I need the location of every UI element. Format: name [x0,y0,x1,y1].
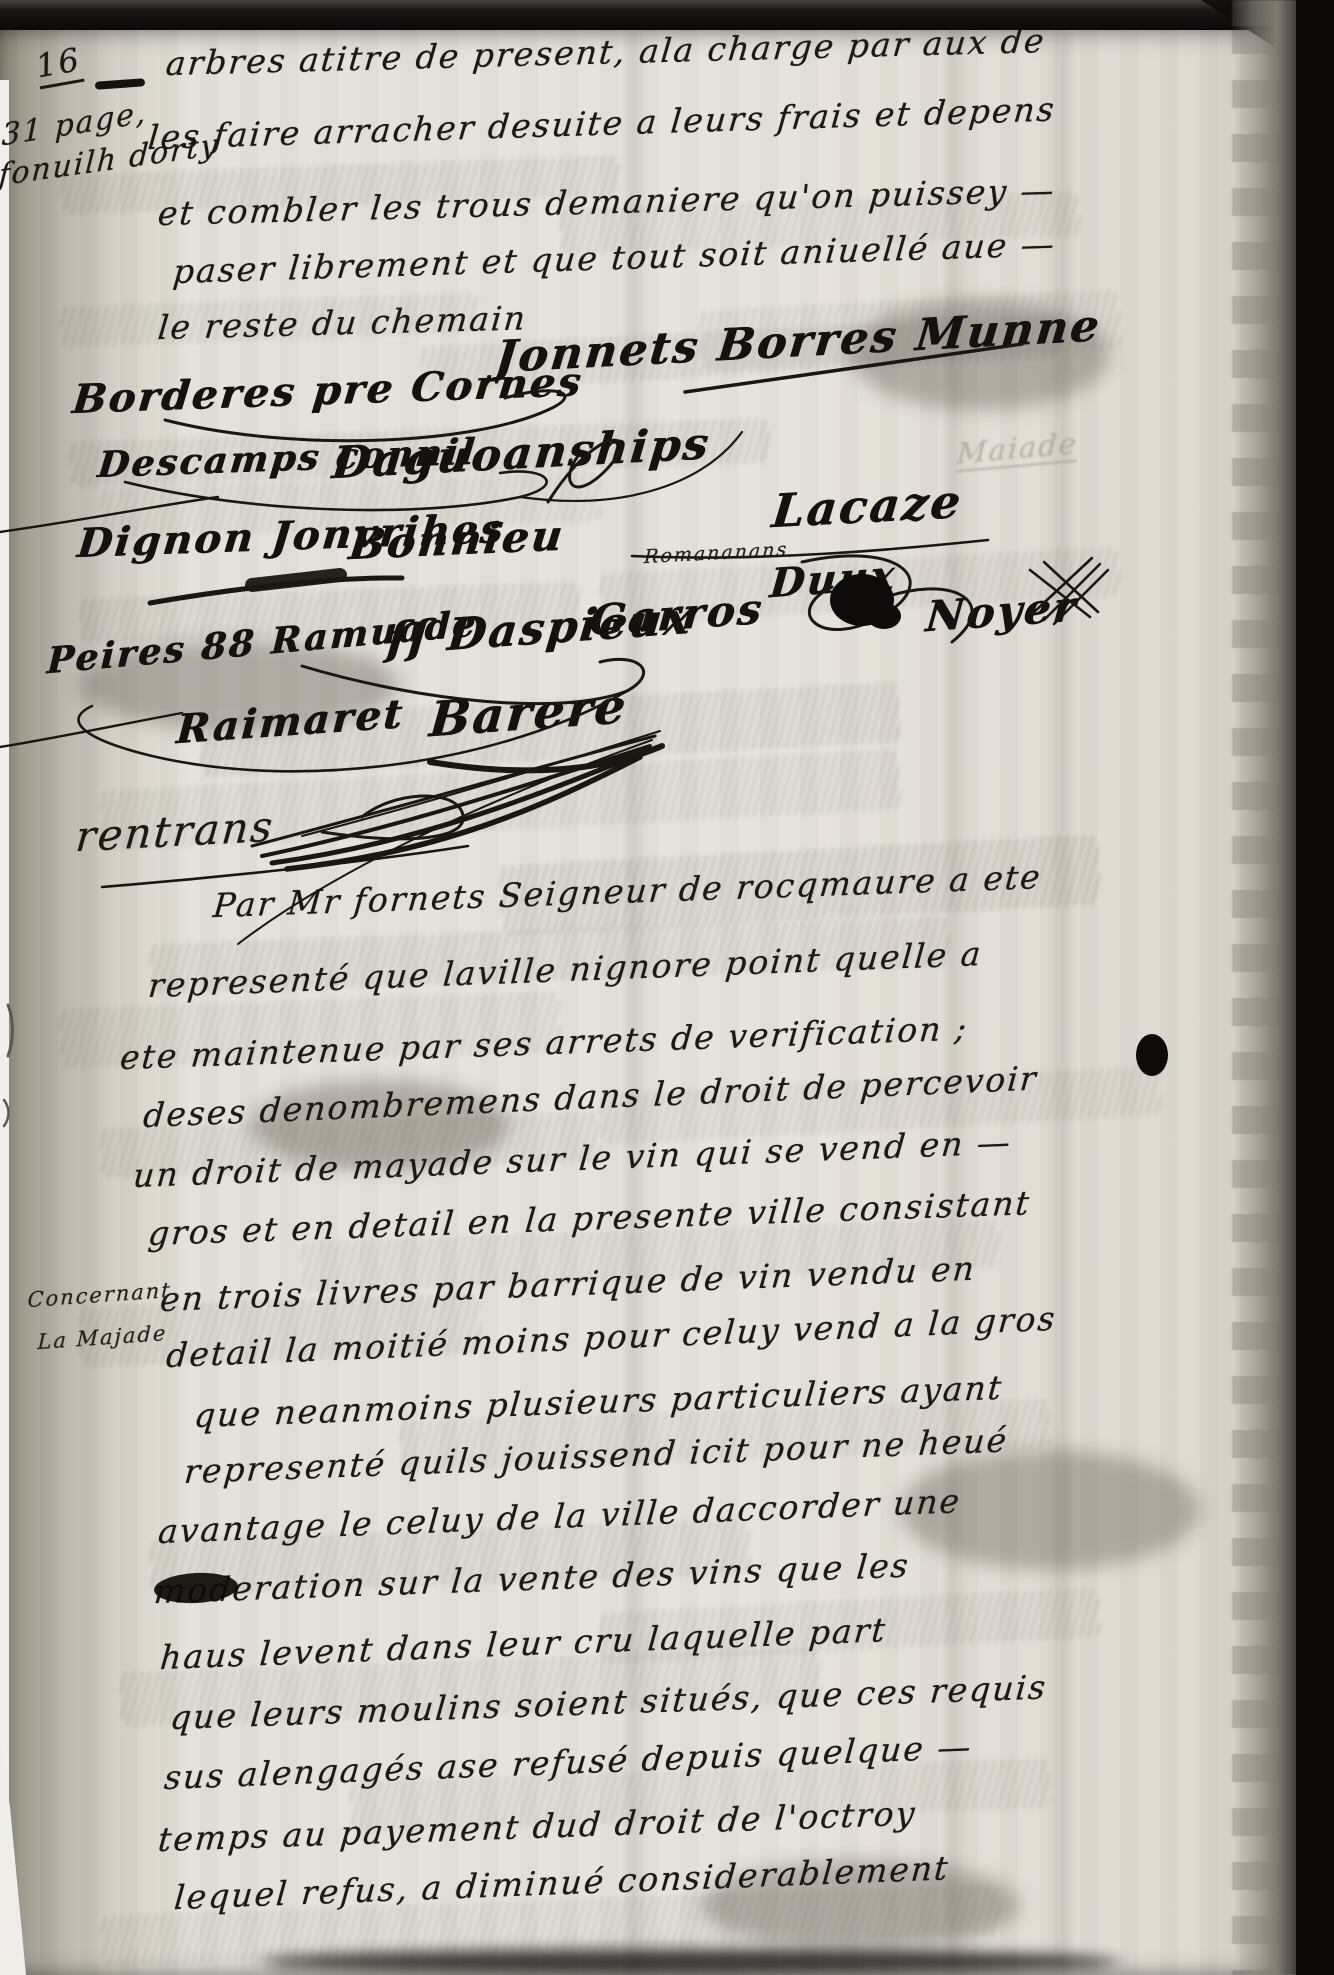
signature-lacaze: Lacaze [769,474,965,538]
facing-page-edge [0,80,9,1975]
signature-bonnieu: Bonnieu [346,511,567,570]
folio-number: 16 [33,40,84,89]
bottom-shadow [260,1949,1120,1975]
photo-top-edge [0,0,1334,30]
photo-right-background [1296,0,1334,1975]
signature-duux: Duux [768,551,899,607]
page-deckle-edge [1232,0,1304,1975]
manuscript-page-scan: 16 31 page, fonuilh dorty arbres atitre … [0,0,1334,1975]
